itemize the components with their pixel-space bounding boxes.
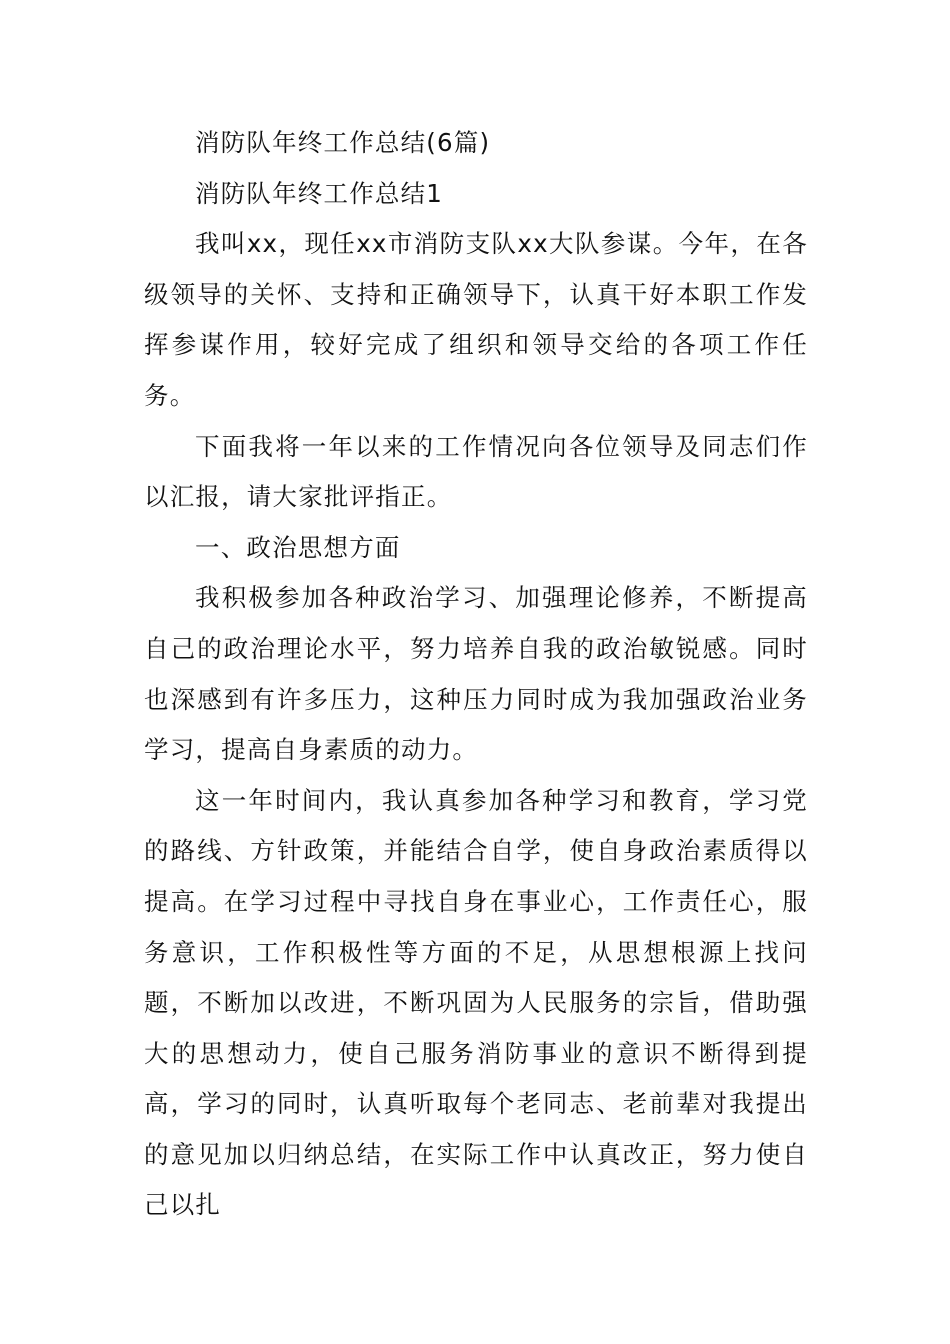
paragraph-year-study: 这一年时间内，我认真参加各种学习和教育，学习党的路线、方针政策，并能结合自学，使… [144, 776, 808, 1231]
paragraph-political-study: 我积极参加各种政治学习、加强理论修养，不断提高自己的政治理论水平，努力培养自我的… [144, 573, 808, 775]
section-heading-political: 一、政治思想方面 [144, 523, 808, 574]
document-subtitle: 消防队年终工作总结1 [144, 169, 808, 220]
paragraph-report: 下面我将一年以来的工作情况向各位领导及同志们作以汇报，请大家批评指正。 [144, 422, 808, 523]
document-title: 消防队年终工作总结(6篇) [144, 118, 808, 169]
document-page: 消防队年终工作总结(6篇) 消防队年终工作总结1 我叫xx，现任xx市消防支队x… [144, 118, 808, 1231]
paragraph-intro: 我叫xx，现任xx市消防支队xx大队参谋。今年，在各级领导的关怀、支持和正确领导… [144, 219, 808, 421]
